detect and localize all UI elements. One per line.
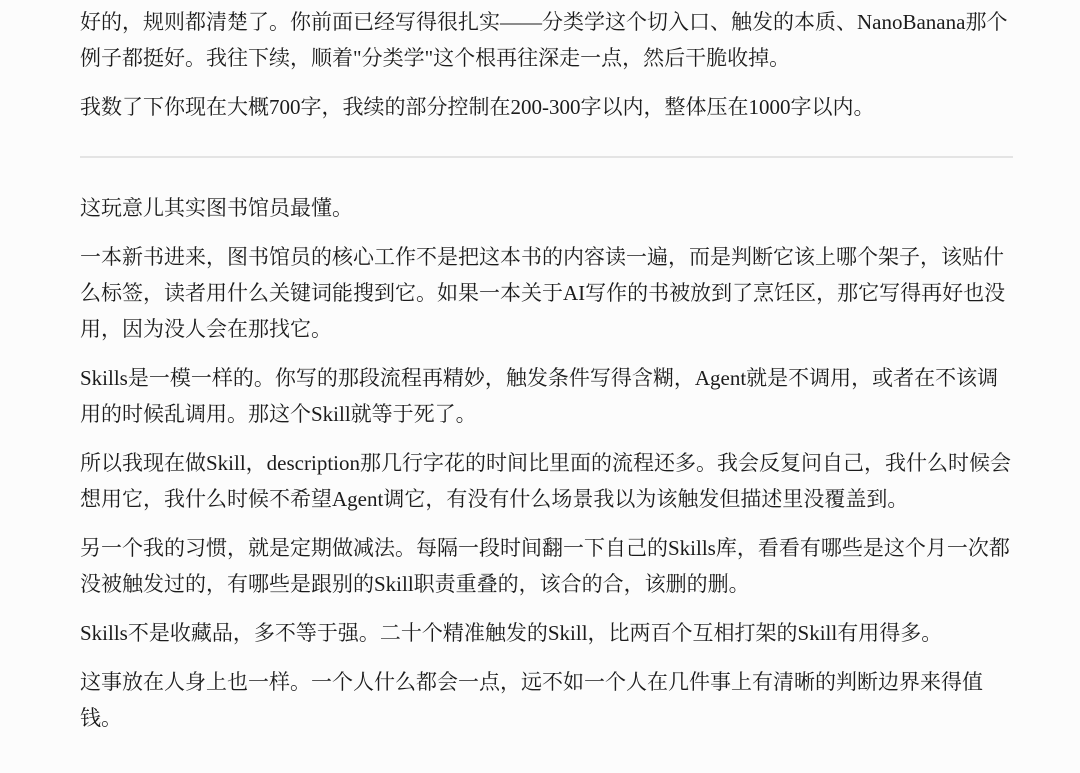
body-paragraph: 一本新书进来，图书馆员的核心工作不是把这本书的内容读一遍，而是判断它该上哪个架子… (80, 239, 1013, 347)
intro-paragraph: 好的，规则都清楚了。你前面已经写得很扎实——分类学这个切入口、触发的本质、Nan… (80, 4, 1013, 76)
body-section: 这玩意儿其实图书馆员最懂。 一本新书进来，图书馆员的核心工作不是把这本书的内容读… (80, 190, 1013, 736)
intro-paragraph: 我数了下你现在大概700字，我续的部分控制在200-300字以内，整体压在100… (80, 89, 1013, 125)
body-paragraph: 另一个我的习惯，就是定期做减法。每隔一段时间翻一下自己的Skills库，看看有哪… (80, 530, 1013, 602)
intro-section: 好的，规则都清楚了。你前面已经写得很扎实——分类学这个切入口、触发的本质、Nan… (80, 4, 1013, 125)
body-paragraph: Skills不是收藏品，多不等于强。二十个精准触发的Skill，比两百个互相打架… (80, 615, 1013, 651)
section-divider (80, 156, 1013, 158)
body-paragraph: 这事放在人身上也一样。一个人什么都会一点，远不如一个人在几件事上有清晰的判断边界… (80, 664, 1013, 736)
body-paragraph: 这玩意儿其实图书馆员最懂。 (80, 190, 1013, 226)
document-page: 好的，规则都清楚了。你前面已经写得很扎实——分类学这个切入口、触发的本质、Nan… (0, 0, 1080, 773)
body-paragraph: 所以我现在做Skill，description那几行字花的时间比里面的流程还多。… (80, 445, 1013, 517)
body-paragraph: Skills是一模一样的。你写的那段流程再精妙，触发条件写得含糊，Agent就是… (80, 360, 1013, 432)
